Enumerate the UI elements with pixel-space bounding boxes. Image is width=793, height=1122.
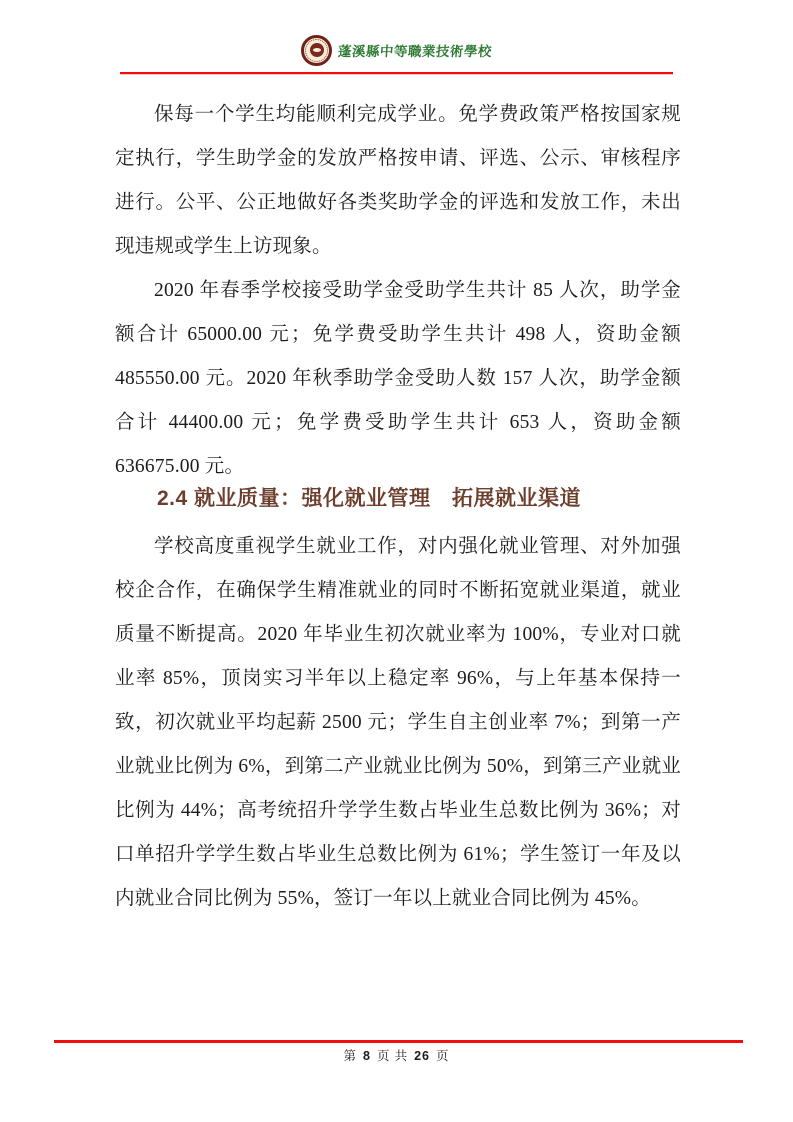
page-header: 蓬溪縣中等職業技術學校 <box>0 0 793 75</box>
header-logo-row: 蓬溪縣中等職業技術學校 <box>0 33 793 67</box>
seal-emblem <box>310 43 324 57</box>
total-page-count: 26 <box>414 1049 430 1063</box>
paragraph-aid-statistics-2020: 2020 年春季学校接受助学金受助学生共计 85 人次，助学金额合计 65000… <box>115 269 681 489</box>
page-number-mid: 页 共 <box>377 1049 408 1063</box>
page-number-indicator: 第8页 共26页 <box>0 1046 793 1064</box>
document-page: 蓬溪縣中等職業技術學校 保每一个学生均能顺利完成学业。免学费政策严格按国家规定执… <box>0 0 793 1122</box>
footer-rule <box>54 1040 743 1043</box>
document-body: 保每一个学生均能顺利完成学业。免学费政策严格按国家规定执行，学生助学金的发放严格… <box>115 75 681 921</box>
section-heading-2-4-employment-quality: 2.4 就业质量：强化就业管理 拓展就业渠道 <box>115 481 681 517</box>
school-name: 蓬溪縣中等職業技術學校 <box>337 40 492 60</box>
school-seal-icon <box>301 35 332 66</box>
page-number-prefix: 第 <box>343 1049 357 1063</box>
current-page-number: 8 <box>363 1049 371 1063</box>
paragraph-financial-aid-policy: 保每一个学生均能顺利完成学业。免学费政策严格按国家规定执行，学生助学金的发放严格… <box>115 93 681 269</box>
page-number-suffix: 页 <box>436 1049 450 1063</box>
paragraph-employment-quality-details: 学校高度重视学生就业工作，对内强化就业管理、对外加强校企合作，在确保学生精准就业… <box>115 525 681 921</box>
